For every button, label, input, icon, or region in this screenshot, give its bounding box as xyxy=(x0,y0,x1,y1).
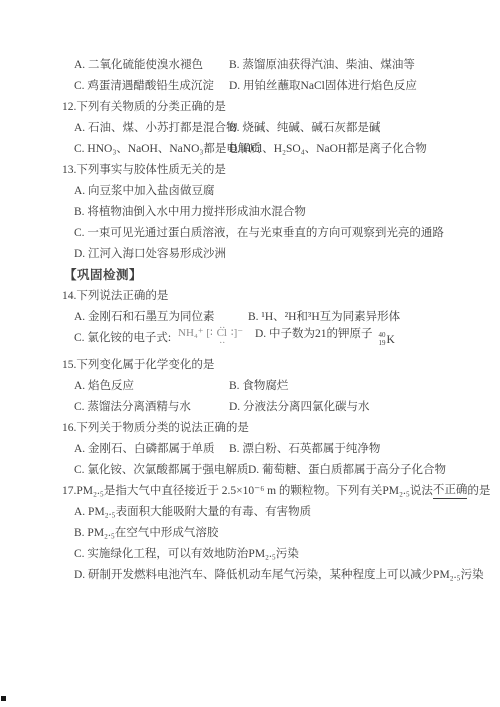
question-14-options-row-ab: A. 金刚石和石墨互为同位素 B. ¹H、²H和³H互为同素异形体 xyxy=(0,305,500,326)
electron-dots-bottom: ‥ xyxy=(219,336,224,345)
question-17-title-pre: 17.PM₂.₅是指大气中直径接近于 2.5×10⁻⁶ m 的颗粒物。下列有关P… xyxy=(62,482,433,498)
option-c: C. 氯化铵、次氯酸都属于强电解质 xyxy=(74,461,248,477)
option-d: D. HCl、H₂SO₄、NaOH都是离子化合物 xyxy=(229,140,427,156)
option-c: C. 蒸馏法分离酒精与水 xyxy=(74,398,229,414)
question-16-options-row-cd: C. 氯化铵、次氯酸都属于强电解质 D. 葡萄糖、蛋白质都属于高分子化合物 xyxy=(0,458,500,479)
question-15-options-row-cd: C. 蒸馏法分离酒精与水 D. 分液法分离四氯化碳与水 xyxy=(0,395,500,416)
question-17-title-emphasis: 不正确 xyxy=(433,481,468,499)
question-13-option-b: B. 将植物油倒入水中用力搅拌形成油水混合物 xyxy=(0,200,500,221)
ammonium-chloride-electron-formula: NH₄⁺ [∶ ‥ Cl ‥ ∶]⁻ xyxy=(178,327,243,339)
electron-dots-top: ‥ xyxy=(219,321,224,330)
option-a: A. 石油、煤、小苏打都是混合物 xyxy=(74,119,229,135)
question-15-title: 15.下列变化属于化学变化的是 xyxy=(0,353,500,374)
question-13-option-a: A. 向豆浆中加入盐卤做豆腐 xyxy=(0,179,500,200)
section-heading-consolidation-test: 【巩固检测】 xyxy=(0,263,500,284)
option-d: D. 分液法分离四氯化碳与水 xyxy=(229,398,370,414)
option-a: A. 焰色反应 xyxy=(74,377,229,393)
option-c: C. 氯化铵的电子式: NH₄⁺ [∶ ‥ Cl ‥ ∶]⁻ xyxy=(74,329,255,345)
question-16-options-row-ab: A. 金刚石、白磷都属于单质 B. 漂白粉、石英都属于纯净物 xyxy=(0,437,500,458)
chlorine-core: ‥ Cl ‥ xyxy=(216,327,228,339)
question-14-title: 14.下列说法正确的是 xyxy=(0,284,500,305)
bracket-close: ∶]⁻ xyxy=(231,327,243,339)
question-17-option-b: B. PM₂.₅在空气中形成气溶胶 xyxy=(0,521,500,542)
question-13-option-c: C. 一束可见光通过蛋白质溶液，在与光束垂直的方向可观察到光亮的通路 xyxy=(0,221,500,242)
option-b: B. ¹H、²H和³H互为同素异形体 xyxy=(248,308,400,324)
nuclide-numbers: 40 19 xyxy=(378,332,385,347)
question-16-title: 16.下列关于物质分类的说法正确的是 xyxy=(0,416,500,437)
option-c: C. 鸡蛋清遇醋酸铅生成沉淀 xyxy=(74,77,229,93)
potassium-40-nuclide: 40 19 K xyxy=(378,332,394,347)
question-11-options-row-cd: C. 鸡蛋清遇醋酸铅生成沉淀 D. 用铂丝蘸取NaCl固体进行焰色反应 xyxy=(0,74,500,95)
option-d: D. 葡萄糖、蛋白质都属于高分子化合物 xyxy=(248,461,446,477)
question-15-options-row-ab: A. 焰色反应 B. 食物腐烂 xyxy=(0,374,500,395)
option-b: B. 漂白粉、石英都属于纯净物 xyxy=(229,440,380,456)
exam-content: A. 二氧化硫能使溴水褪色 B. 蒸馏原油获得汽油、柴油、煤油等 C. 鸡蛋清遇… xyxy=(0,53,500,584)
option-b: B. 烧碱、纯碱、碱石灰都是碱 xyxy=(229,119,380,135)
question-11-options-row-ab: A. 二氧化硫能使溴水褪色 B. 蒸馏原油获得汽油、柴油、煤油等 xyxy=(0,53,500,74)
scan-artifact-dot xyxy=(1,696,6,701)
option-c: C. HNO₃、NaOH、NaNO₃都是电解质 xyxy=(74,140,229,156)
question-12-options-row-ab: A. 石油、煤、小苏打都是混合物 B. 烧碱、纯碱、碱石灰都是碱 xyxy=(0,116,500,137)
option-d: D. 中子数为21的钾原子 40 19 K xyxy=(255,325,395,347)
option-d: D. 用铂丝蘸取NaCl固体进行焰色反应 xyxy=(229,77,417,93)
option-d-label: D. 中子数为21的钾原子 xyxy=(255,328,373,340)
option-a: A. 二氧化硫能使溴水褪色 xyxy=(74,56,229,72)
question-17-title: 17.PM₂.₅是指大气中直径接近于 2.5×10⁻⁶ m 的颗粒物。下列有关P… xyxy=(0,479,500,500)
question-13-option-d: D. 江河入海口处容易形成沙洲 xyxy=(0,242,500,263)
scanned-exam-page: A. 二氧化硫能使溴水褪色 B. 蒸馏原油获得汽油、柴油、煤油等 C. 鸡蛋清遇… xyxy=(0,0,500,707)
question-13-title: 13.下列事实与胶体性质无关的是 xyxy=(0,158,500,179)
atomic-number: 19 xyxy=(378,340,385,348)
option-b: B. 蒸馏原油获得汽油、柴油、煤油等 xyxy=(229,56,415,72)
bracket-open: [∶ xyxy=(206,327,213,339)
ammonium-cation: NH₄⁺ xyxy=(178,327,204,339)
question-17-option-c: C. 实施绿化工程，可以有效地防治PM₂.₅污染 xyxy=(0,542,500,563)
question-12-options-row-cd: C. HNO₃、NaOH、NaNO₃都是电解质 D. HCl、H₂SO₄、NaO… xyxy=(0,137,500,158)
option-a: A. 金刚石、白磷都属于单质 xyxy=(74,440,229,456)
option-b: B. 食物腐烂 xyxy=(229,377,288,393)
option-c-label: C. 氯化铵的电子式: xyxy=(74,332,171,344)
question-14-options-row-cd: C. 氯化铵的电子式: NH₄⁺ [∶ ‥ Cl ‥ ∶]⁻ D. 中子数为21… xyxy=(0,326,500,347)
question-17-title-post: 的是 xyxy=(467,482,490,498)
question-17-option-a: A. PM₂.₅表面积大能吸附大量的有毒、有害物质 xyxy=(0,500,500,521)
element-symbol: K xyxy=(386,334,394,346)
question-12-title: 12.下列有关物质的分类正确的是 xyxy=(0,95,500,116)
question-17-option-d: D. 研制开发燃料电池汽车、降低机动车尾气污染，某种程度上可以减少PM₂.₅污染 xyxy=(0,563,500,584)
